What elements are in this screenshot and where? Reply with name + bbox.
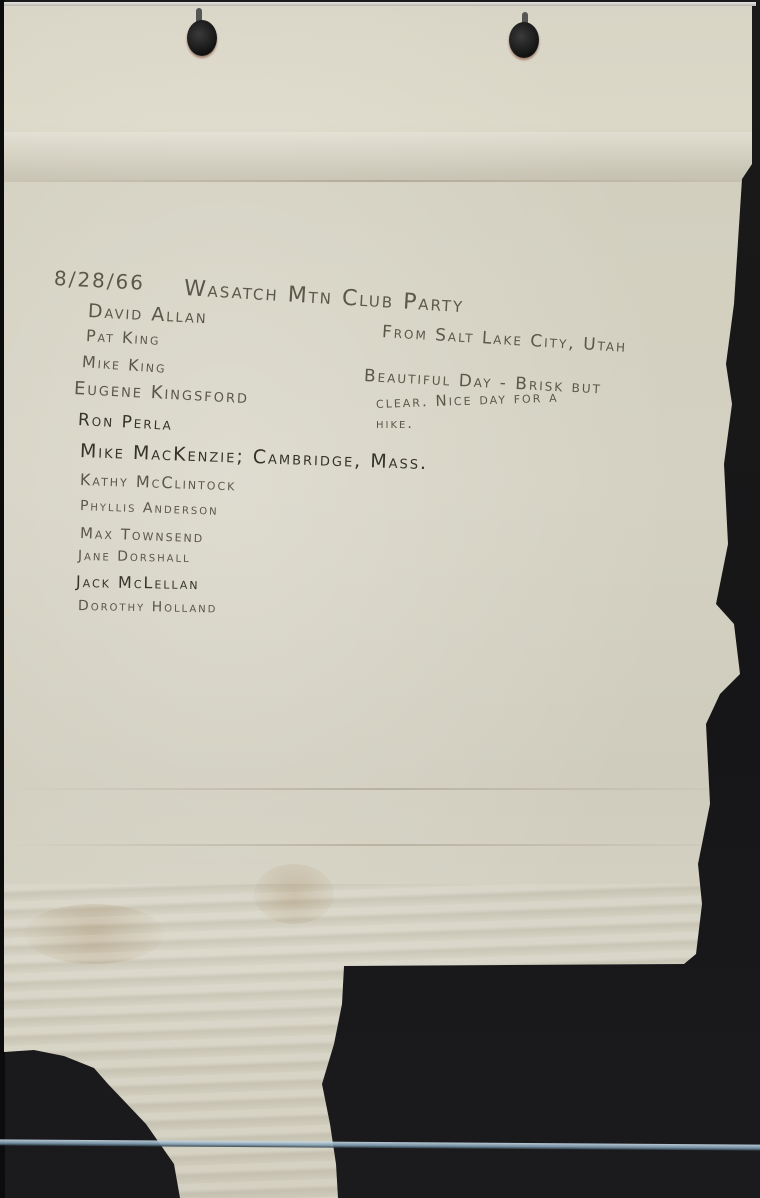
binder-ring-hole [509, 22, 539, 58]
register-title: Wasatch Mtn Club Party [183, 276, 465, 318]
signature: Max Townsend [80, 524, 205, 546]
signature: Mike MacKenzie; Cambridge, Mass. [80, 440, 429, 474]
frame-top-edge [4, 2, 756, 6]
register-origin: From Salt Lake City, Utah [381, 322, 627, 357]
signature-name: Mike MacKenzie [80, 440, 237, 467]
signature: Dorothy Holland [78, 598, 218, 616]
signature: Pat King [86, 326, 162, 349]
crease [4, 788, 756, 790]
crease [4, 844, 756, 846]
note-line-2: clear. Nice day for a [376, 388, 559, 412]
signature-location: ; Cambridge, Mass. [236, 445, 428, 474]
register-date: 8/28/66 [53, 266, 145, 295]
top-fold [4, 132, 756, 182]
signature: David Allan [87, 300, 208, 328]
signature: Eugene Kingsford [73, 378, 249, 408]
binder-ring-hole [187, 20, 217, 56]
signature: Mike King [81, 352, 167, 377]
signature: Phyllis Anderson [80, 498, 219, 519]
signature: Ron Perla [77, 410, 173, 435]
note-line-3: hike. [376, 416, 414, 432]
signature: Jack McLellan [76, 572, 200, 593]
signature: Jane Dorshall [78, 548, 191, 566]
signature: Kathy McClintock [80, 470, 237, 494]
crease [4, 180, 756, 182]
